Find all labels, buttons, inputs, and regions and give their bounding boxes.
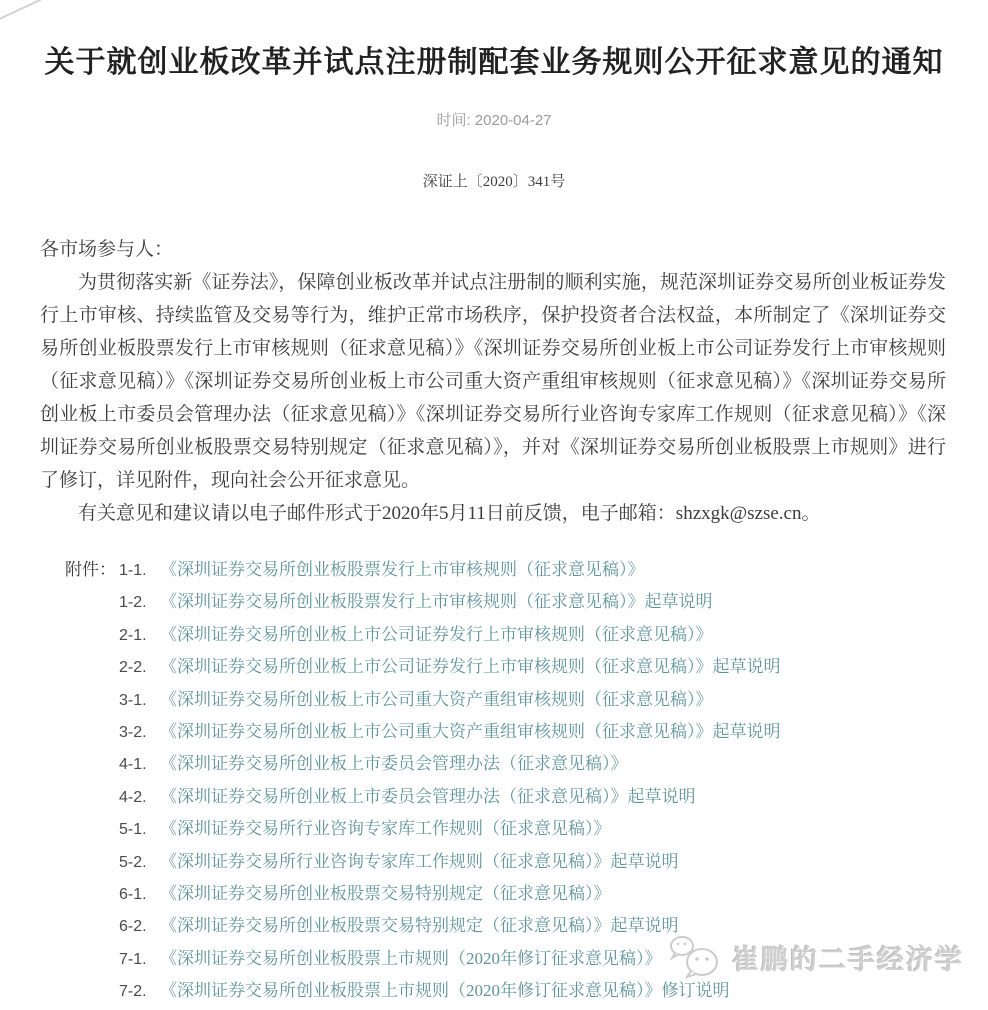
body-paragraph-feedback: 有关意见和建议请以电子邮件形式于2020年5月11日前反馈，电子邮箱：shzxg… <box>40 497 946 530</box>
attachment-link[interactable]: 《深圳证券交易所创业板股票发行上市审核规则（征求意见稿）》 <box>160 554 645 585</box>
attachment-number: 6-2. <box>119 911 160 942</box>
attachment-link[interactable]: 《深圳证券交易所创业板上市公司证券发行上市审核规则（征求意见稿）》起草说明 <box>160 651 781 682</box>
attachment-number: 4-2. <box>119 782 160 813</box>
attachment-number: 5-2. <box>119 847 160 878</box>
body-paragraph-main: 为贯彻落实新《证券法》，保障创业板改革并试点注册制的顺利实施，规范深圳证券交易所… <box>40 266 946 497</box>
notice-document: 关于就创业板改革并试点注册制配套业务规则公开征求意见的通知 时间: 2020-0… <box>0 0 988 1010</box>
watermark-text: 崔鹏的二手经济学 <box>732 938 964 977</box>
attachment-number: 4-1. <box>119 749 160 780</box>
attachment-link[interactable]: 《深圳证券交易所创业板股票发行上市审核规则（征求意见稿）》起草说明 <box>160 586 713 617</box>
scan-artifact-line <box>0 0 41 21</box>
attachment-link[interactable]: 《深圳证券交易所行业咨询专家库工作规则（征求意见稿）》 <box>160 813 611 844</box>
publish-time: 时间: 2020-04-27 <box>0 109 988 130</box>
attachment-list-label: 附件： <box>65 554 119 585</box>
wechat-logo-icon <box>669 934 723 980</box>
attachment-link[interactable]: 《深圳证券交易所创业板股票交易特别规定（征求意见稿）》起草说明 <box>160 910 679 941</box>
attachment-item: 附件： 1-1. 《深圳证券交易所创业板股票发行上市审核规则（征求意见稿）》 <box>65 554 958 586</box>
attachment-item: 2-2. 《深圳证券交易所创业板上市公司证券发行上市审核规则（征求意见稿）》起草… <box>65 651 958 683</box>
page-title: 关于就创业板改革并试点注册制配套业务规则公开征求意见的通知 <box>42 44 946 82</box>
attachment-link[interactable]: 《深圳证券交易所创业板股票上市规则（2020年修订征求意见稿）》 <box>160 943 662 974</box>
attachment-link[interactable]: 《深圳证券交易所创业板上市委员会管理办法（征求意见稿）》起草说明 <box>160 781 696 812</box>
attachment-link[interactable]: 《深圳证券交易所创业板上市公司重大资产重组审核规则（征求意见稿）》 <box>160 684 713 715</box>
attachment-item: 4-2. 《深圳证券交易所创业板上市委员会管理办法（征求意见稿）》起草说明 <box>65 781 958 813</box>
notice-body: 各市场参与人： 为贯彻落实新《证券法》，保障创业板改革并试点注册制的顺利实施，规… <box>40 233 946 530</box>
attachment-item: 5-1. 《深圳证券交易所行业咨询专家库工作规则（征求意见稿）》 <box>65 813 958 845</box>
attachment-link[interactable]: 《深圳证券交易所创业板上市公司重大资产重组审核规则（征求意见稿）》起草说明 <box>160 716 781 747</box>
attachment-item: 4-1. 《深圳证券交易所创业板上市委员会管理办法（征求意见稿）》 <box>65 748 958 780</box>
watermark: 崔鹏的二手经济学 <box>669 934 964 980</box>
attachment-number: 5-1. <box>119 814 160 845</box>
attachment-item: 1-2. 《深圳证券交易所创业板股票发行上市审核规则（征求意见稿）》起草说明 <box>65 586 958 618</box>
attachment-link[interactable]: 《深圳证券交易所创业板上市公司证券发行上市审核规则（征求意见稿）》 <box>160 619 713 650</box>
attachment-link[interactable]: 《深圳证券交易所创业板股票交易特别规定（征求意见稿）》 <box>160 878 611 909</box>
attachment-number: 3-1. <box>119 685 160 716</box>
attachment-number: 1-1. <box>119 555 160 586</box>
attachment-number: 3-2. <box>119 717 160 748</box>
doc-number: 深证上〔2020〕341号 <box>0 170 988 191</box>
attachment-number: 7-2. <box>119 976 160 1007</box>
salutation: 各市场参与人： <box>40 233 946 266</box>
attachment-number: 7-1. <box>119 944 160 975</box>
attachment-item: 6-1. 《深圳证券交易所创业板股票交易特别规定（征求意见稿）》 <box>65 878 958 910</box>
attachment-link[interactable]: 《深圳证券交易所创业板股票上市规则（2020年修订征求意见稿）》修订说明 <box>160 975 730 1006</box>
attachment-item: 5-2. 《深圳证券交易所行业咨询专家库工作规则（征求意见稿）》起草说明 <box>65 846 958 878</box>
attachment-item: 2-1. 《深圳证券交易所创业板上市公司证券发行上市审核规则（征求意见稿）》 <box>65 619 958 651</box>
attachment-link[interactable]: 《深圳证券交易所创业板上市委员会管理办法（征求意见稿）》 <box>160 748 628 779</box>
attachment-item: 3-2. 《深圳证券交易所创业板上市公司重大资产重组审核规则（征求意见稿）》起草… <box>65 716 958 748</box>
attachment-number: 2-1. <box>119 620 160 651</box>
attachment-number: 2-2. <box>119 652 160 683</box>
attachment-item: 3-1. 《深圳证券交易所创业板上市公司重大资产重组审核规则（征求意见稿）》 <box>65 684 958 716</box>
attachment-link[interactable]: 《深圳证券交易所行业咨询专家库工作规则（征求意见稿）》起草说明 <box>160 846 679 877</box>
attachment-number: 6-1. <box>119 879 160 910</box>
attachment-item: 7-2. 《深圳证券交易所创业板股票上市规则（2020年修订征求意见稿）》修订说… <box>65 975 958 1007</box>
attachment-number: 1-2. <box>119 587 160 618</box>
